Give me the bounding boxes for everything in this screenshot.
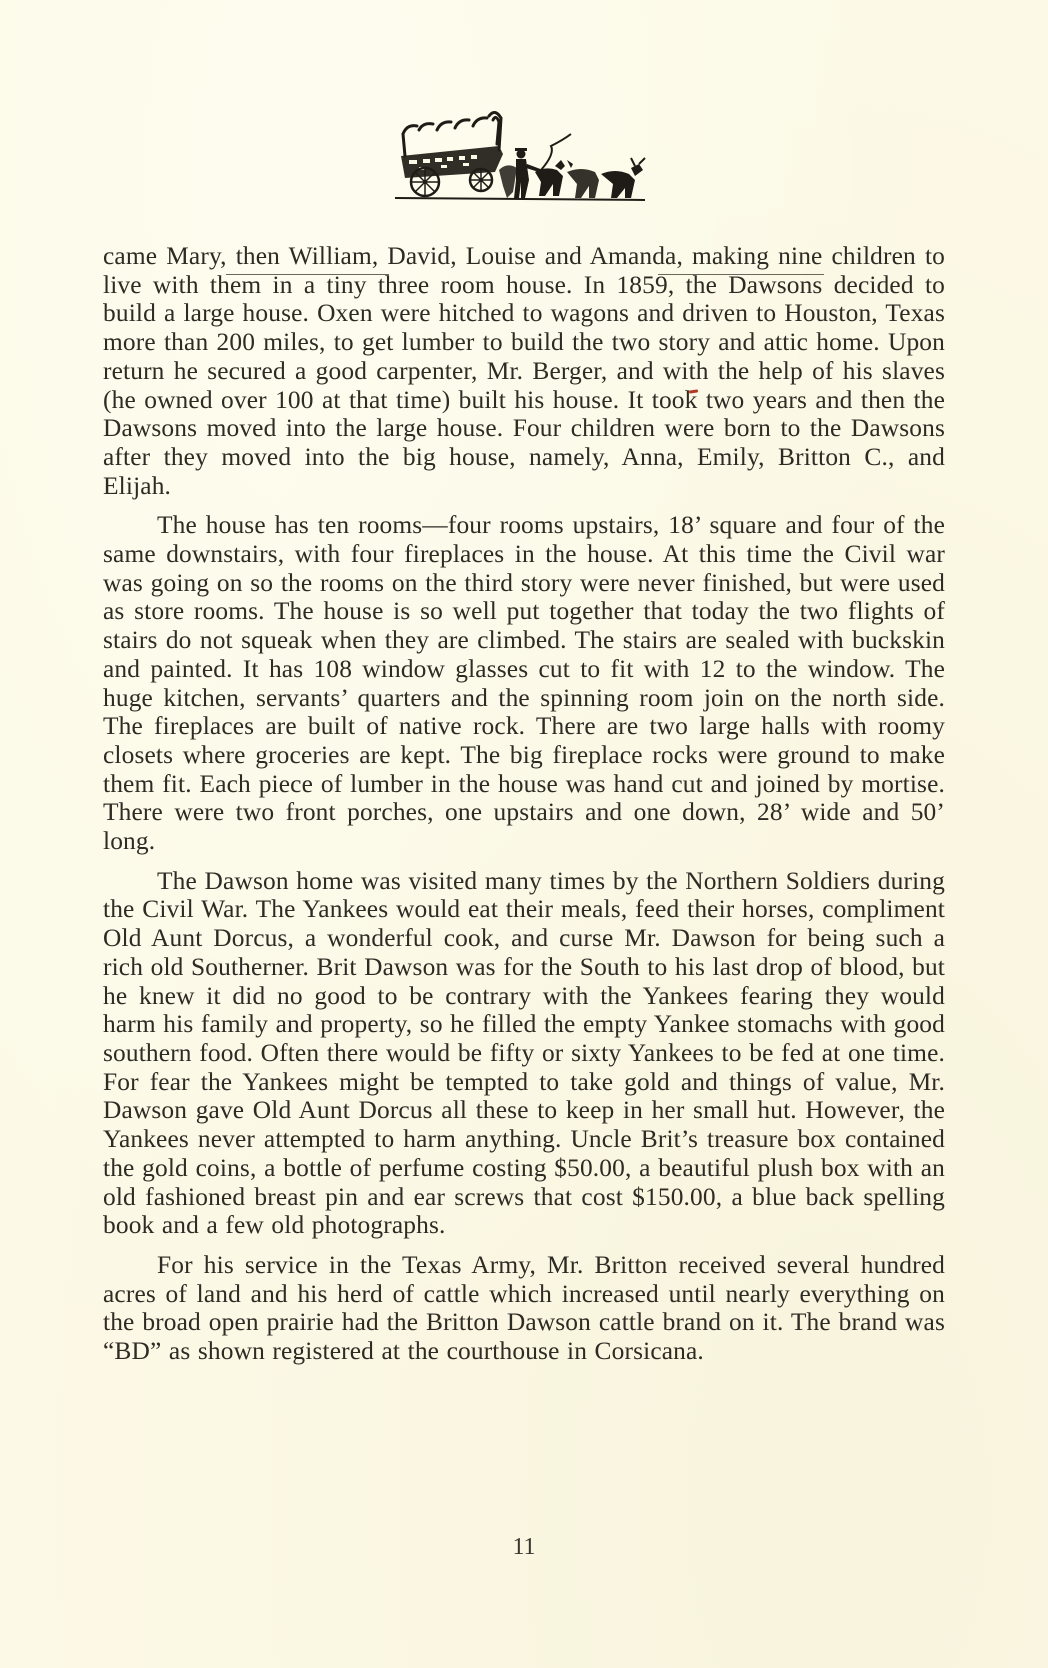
- paragraph-civil-war-visits: The Dawson home was visited many times b…: [103, 867, 945, 1240]
- page-number: 11: [0, 1534, 1048, 1561]
- book-page: came Mary, then William, David, Louise a…: [0, 0, 1048, 1668]
- covered-wagon-with-oxen-icon: [395, 110, 655, 202]
- paragraph-dawson-children: came Mary, then William, David, Louise a…: [103, 242, 945, 500]
- paragraph-cattle-brand: For his service in the Texas Army, Mr. B…: [103, 1251, 945, 1366]
- article-body: came Mary, then William, David, Louise a…: [103, 242, 945, 1366]
- paragraph-house-description: The house has ten rooms—four rooms upsta…: [103, 511, 945, 855]
